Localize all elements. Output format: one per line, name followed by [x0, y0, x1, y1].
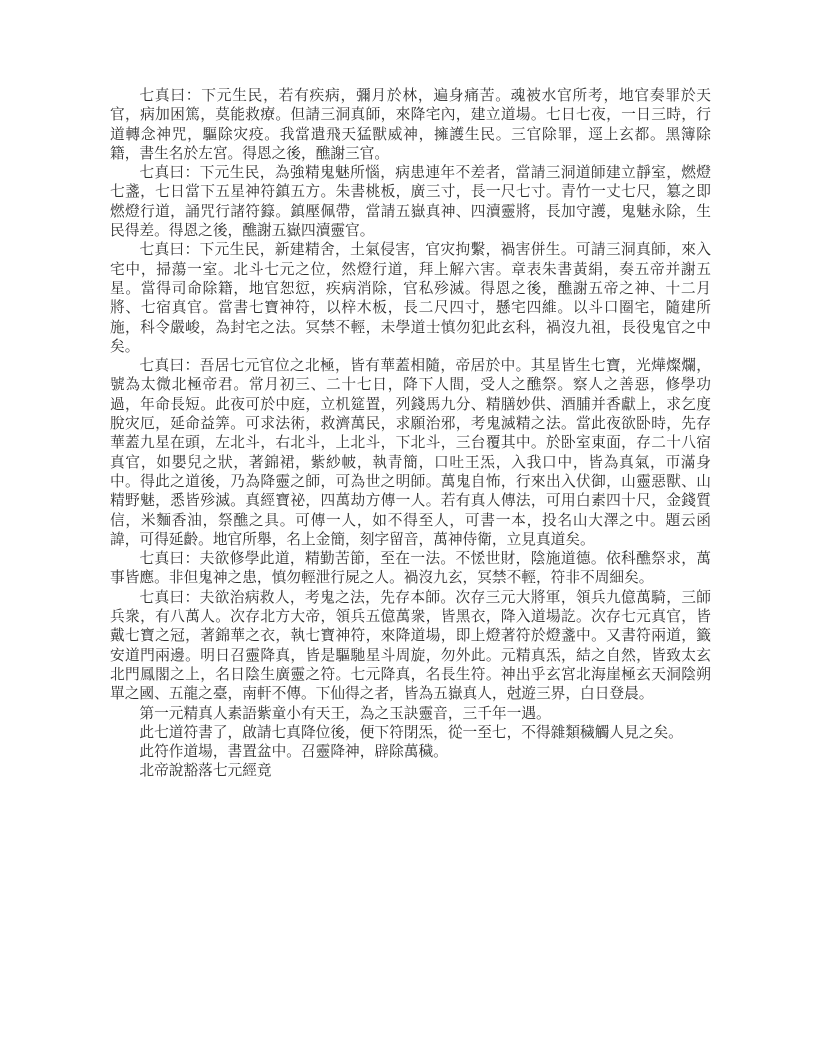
scripture-paragraph: 七真曰：下元生民，為強精鬼魅所惱，病患連年不差者，當請三洞道師建立靜室，燃燈七盞…: [110, 164, 711, 241]
scripture-closing-line: 北帝說豁落七元經竟: [110, 762, 711, 781]
scripture-paragraph: 此符作道場，書置盆中。召靈降神，辟除萬穢。: [110, 743, 711, 762]
scripture-paragraph: 七真曰：下元生民，新建精舍，土氣侵害，官灾拘繫，禍害併生。可請三洞真師，來入宅中…: [110, 241, 711, 357]
scripture-paragraph: 七真曰：下元生民，若有疾病，彌月於林，遍身痛苦。魂被水官所考，地官奏罪於天官，病…: [110, 87, 711, 164]
scripture-paragraph: 此七道符書了，啟請七真降位後，便下符閉炁，從一至七，不得雜類穢觸人見之矣。: [110, 724, 711, 743]
scripture-paragraph: 七真曰：夫欲修學此道，精勤苦節，至在一法。不恡世財，陰施道德。依科醮祭求，萬事皆…: [110, 550, 711, 589]
scripture-paragraph: 七真曰：夫欲治病救人，考鬼之法，先存本師。次存三元大將軍，領兵九億萬騎，三師兵衆…: [110, 589, 711, 705]
document-page: 七真曰：下元生民，若有疾病，彌月於林，遍身痛苦。魂被水官所考，地官奏罪於天官，病…: [0, 0, 816, 1056]
scripture-text-block: 七真曰：下元生民，若有疾病，彌月於林，遍身痛苦。魂被水官所考，地官奏罪於天官，病…: [110, 87, 711, 782]
scripture-paragraph: 第一元精真人素語紫童小有天王，為之玉訣靈音，三千年一遇。: [110, 705, 711, 724]
scripture-paragraph: 七真曰：吾居七元官位之北極，皆有華蓋相隨，帝居於中。其星皆生七寶，光燁燦爛，號為…: [110, 357, 711, 550]
